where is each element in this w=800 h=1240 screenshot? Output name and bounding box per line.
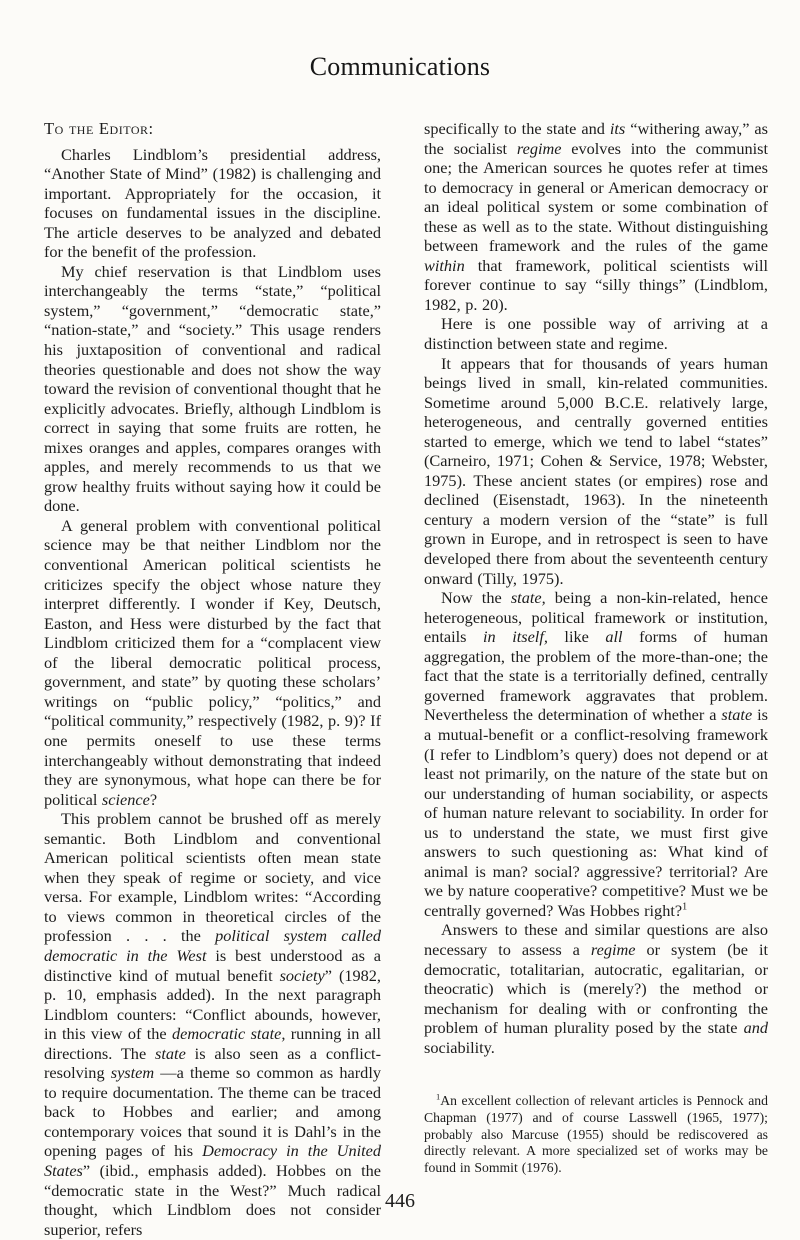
emphasis-text: state — [155, 1044, 186, 1063]
text-run: An excellent collection of relevant arti… — [424, 1093, 768, 1175]
paragraph: This problem cannot be brushed off as me… — [44, 809, 381, 1239]
text-run: This problem cannot be brushed off as me… — [44, 809, 381, 945]
paragraph: Now the state, being a non-kin-related, … — [424, 588, 768, 920]
salutation: To the Editor: — [44, 119, 381, 139]
emphasis-text: all — [605, 627, 622, 646]
paragraph: 1An excellent collection of relevant art… — [424, 1093, 768, 1177]
emphasis-text: democratic state, — [172, 1024, 285, 1043]
paragraph: It appears that for thousands of years h… — [424, 354, 768, 589]
text-run: Charles Lindblom’s presidential address,… — [44, 145, 381, 262]
paragraph: specifically to the state and its “withe… — [424, 119, 768, 314]
footnote-marker: 1 — [682, 901, 687, 912]
emphasis-text: society — [280, 966, 325, 985]
page-number: 446 — [0, 1190, 800, 1213]
left-column-paragraphs: Charles Lindblom’s presidential address,… — [44, 145, 381, 1240]
emphasis-text: regime — [591, 940, 636, 959]
paragraph: Here is one possible way of arriving at … — [424, 314, 768, 353]
page-title: Communications — [0, 52, 800, 82]
text-run: It appears that for thousands of years h… — [424, 354, 768, 588]
text-run: A general problem with conventional poli… — [44, 516, 381, 809]
paragraph: Charles Lindblom’s presidential address,… — [44, 145, 381, 262]
emphasis-text: its — [610, 119, 625, 138]
emphasis-text: and — [744, 1018, 768, 1037]
text-run: ? — [150, 790, 157, 809]
text-run: Now the — [441, 588, 511, 607]
text-run: Here is one possible way of arriving at … — [424, 314, 768, 353]
text-run: that framework, political scientists wil… — [424, 256, 768, 314]
journal-page: Communications To the Editor: Charles Li… — [0, 0, 800, 1240]
emphasis-text: science — [102, 790, 150, 809]
text-run: specifically to the state and — [424, 119, 610, 138]
text-run: is a mutual-benefit or a conflict-resolv… — [424, 705, 768, 919]
emphasis-text: state, — [511, 588, 546, 607]
paragraph: Answers to these and similar questions a… — [424, 920, 768, 1057]
text-run: sociability. — [424, 1038, 495, 1057]
right-column-paragraphs: specifically to the state and its “withe… — [424, 119, 768, 1057]
text-run: like — [548, 627, 605, 646]
emphasis-text: within — [424, 256, 465, 275]
emphasis-text: state — [721, 705, 752, 724]
emphasis-text: in itself, — [483, 627, 548, 646]
footnote: 1An excellent collection of relevant art… — [424, 1093, 768, 1177]
emphasis-text: regime — [517, 139, 562, 158]
right-column: specifically to the state and its “withe… — [424, 119, 768, 1177]
paragraph: My chief reservation is that Lindblom us… — [44, 262, 381, 516]
emphasis-text: system — [111, 1063, 154, 1082]
left-column: To the Editor: Charles Lindblom’s presid… — [44, 119, 381, 1239]
text-run: My chief reservation is that Lindblom us… — [44, 262, 381, 516]
paragraph: A general problem with conventional poli… — [44, 516, 381, 809]
